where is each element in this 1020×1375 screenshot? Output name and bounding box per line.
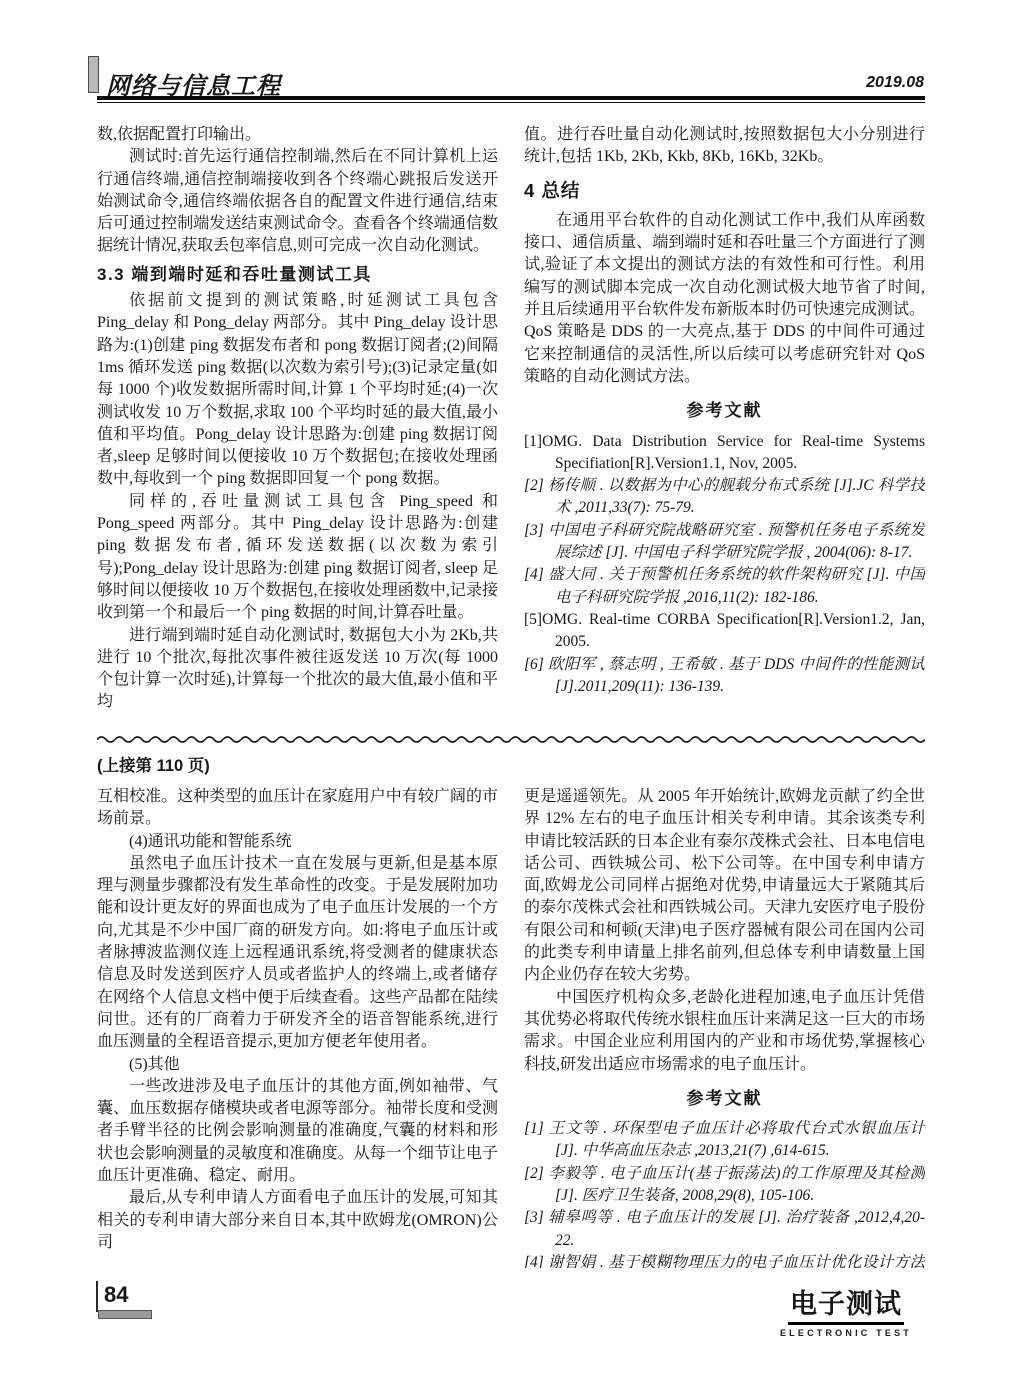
- reference-item: [3] 辅皋鸣等 . 电子血压计的发展 [J]. 治疗装备 ,2012,4,20…: [524, 1207, 925, 1252]
- paragraph: 一些改进涉及电子血压计的其他方面,例如袖带、气囊、血压数据存储模块或者电源等部分…: [97, 1076, 498, 1187]
- paragraph: 同样的,吞吐量测试工具包含 Ping_speed 和 Pong_speed 两部…: [97, 491, 498, 625]
- journal-logo: 电子测试 ELECTRONIC TEST: [780, 1282, 912, 1338]
- page-number-rule: [96, 1281, 98, 1312]
- section-heading-3-3: 3.3 端到端时延和吞吐量测试工具: [97, 264, 498, 286]
- bottom-article: 互相校准。这种类型的血压计在家庭用户中有较广阔的市场前景。 (4)通讯功能和智能…: [97, 786, 925, 1268]
- reference-item: [4] 盛大同 . 关于预警机任务系统的软件架构研究 [J]. 中国电子科研究院…: [524, 564, 925, 609]
- paragraph: 更是遥遥领先。从 2005 年开始统计,欧姆龙贡献了约全世界 12% 左右的电子…: [524, 786, 925, 987]
- reference-item: [5]OMG. Real-time CORBA Specification[R]…: [524, 609, 925, 654]
- bottom-article-right-column: 更是遥遥领先。从 2005 年开始统计,欧姆龙贡献了约全世界 12% 左右的电子…: [524, 786, 925, 1268]
- reference-item: [3] 中国电子科研究院战略研究室 . 预警机任务电子系统发展综述 [J]. 中…: [524, 520, 925, 565]
- paragraph: (4)通讯功能和智能系统: [97, 831, 498, 853]
- paragraph: 互相校准。这种类型的血压计在家庭用户中有较广阔的市场前景。: [97, 786, 498, 831]
- paragraph: 虽然电子血压计技术一直在发展与更新,但是基本原理与测量步骤都没有发生革命性的改变…: [97, 853, 498, 1054]
- reference-item: [2] 杨传顺 . 以数据为中心的舰载分布式系统 [J].JC 科学技术 ,20…: [524, 475, 925, 520]
- paragraph: 中国医疗机构众多,老龄化进程加速,电子血压计凭借其优势必将取代传统水银柱血压计来…: [524, 987, 925, 1076]
- reference-item: [4] 谢智娟 . 基于模糊物理压力的电子血压计优化设计方法 [J]. 科技通报…: [524, 1252, 925, 1268]
- paragraph: 测试时:首先运行通信控制端,然后在不同计算机上运行通信终端,通信控制端接收到各个…: [97, 146, 498, 257]
- section-heading-4: 4 总结: [524, 180, 925, 202]
- top-article-left-column: 数,依据配置打印输出。 测试时:首先运行通信控制端,然后在不同计算机上运行通信终…: [97, 124, 498, 730]
- page-number: 84: [104, 1282, 128, 1308]
- header-rule: [97, 96, 925, 103]
- references-title: 参考文献: [524, 1088, 925, 1110]
- reference-item: [1]OMG. Data Distribution Service for Re…: [524, 431, 925, 476]
- references-title: 参考文献: [524, 400, 925, 422]
- header-rule-thin: [97, 102, 925, 104]
- paragraph: 值。进行吞吐量自动化测试时,按照数据包大小分别进行统计,包括 1Kb, 2Kb,…: [524, 124, 925, 169]
- wavy-divider: [97, 730, 925, 740]
- paragraph: (5)其他: [97, 1054, 498, 1076]
- reference-item: [1] 王文等 . 环保型电子血压计必将取代台式水银血压计 [J]. 中华高血压…: [524, 1118, 925, 1163]
- top-article-right-column: 值。进行吞吐量自动化测试时,按照数据包大小分别进行统计,包括 1Kb, 2Kb,…: [524, 124, 925, 730]
- reference-item: [2] 李毅等 . 电子血压计(基于振荡法)的工作原理及其检测 [J]. 医疗卫…: [524, 1163, 925, 1208]
- paragraph: 最后,从专利申请人方面看电子血压计的发展,可知其相关的专利申请大部分来自日本,其…: [97, 1187, 498, 1254]
- continuation-note: (上接第 110 页): [97, 752, 210, 776]
- header-rule-thick: [97, 96, 925, 100]
- paragraph: 进行端到端时延自动化测试时, 数据包大小为 2Kb,共进行 10 个批次,每批次…: [97, 625, 498, 714]
- paragraph: 依据前文提到的测试策略,时延测试工具包含 Ping_delay 和 Pong_d…: [97, 290, 498, 491]
- reference-item: [6] 欧阳军 , 蔡志明 , 王希敏 . 基于 DDS 中间件的性能测试 [J…: [524, 654, 925, 699]
- journal-logo-english: ELECTRONIC TEST: [780, 1328, 912, 1338]
- page-number-bar: [98, 1310, 152, 1319]
- section-marker-bar: [88, 56, 99, 93]
- journal-logo-chinese: 电子测试: [788, 1282, 904, 1325]
- journal-page: 网络与信息工程 2019.08 数,依据配置打印输出。 测试时:首先运行通信控制…: [0, 0, 1020, 1375]
- paragraph: 在通用平台软件的自动化测试工作中,我们从库函数接口、通信质量、端到端时延和吞吐量…: [524, 210, 925, 388]
- issue-date: 2019.08: [866, 74, 924, 92]
- paragraph: 数,依据配置打印输出。: [97, 124, 498, 146]
- bottom-article-left-column: 互相校准。这种类型的血压计在家庭用户中有较广阔的市场前景。 (4)通讯功能和智能…: [97, 786, 498, 1268]
- top-article: 数,依据配置打印输出。 测试时:首先运行通信控制端,然后在不同计算机上运行通信终…: [97, 124, 925, 730]
